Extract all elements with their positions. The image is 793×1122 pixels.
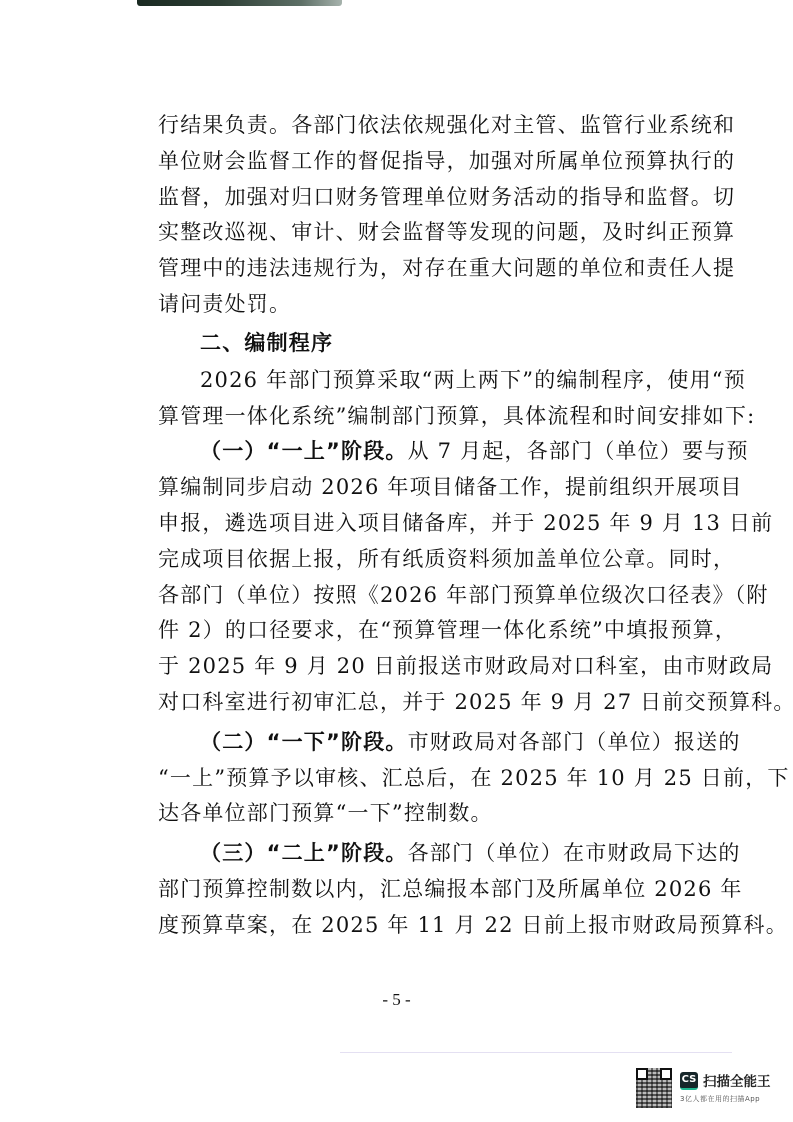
page-number: - 5 - [0, 990, 793, 1010]
watermark-tagline: 3亿人都在用的扫描App [680, 1094, 760, 1104]
scan-edge-rule [340, 1052, 732, 1053]
stage3-first-line-text: 各部门（单位）在市财政局下达的 [408, 841, 741, 865]
stage2-title: （二）“一下”阶段。 [200, 730, 408, 754]
section-heading: 二、编制程序 [158, 323, 658, 363]
text-line: 请问责处罚。 [158, 287, 658, 323]
stage2-line: “一上”预算予以审核、汇总后，在 2025 年 10 月 25 日前，下 [158, 761, 658, 797]
stage3-line: 度预算草案，在 2025 年 11 月 22 日前上报市财政局预算科。 [158, 908, 658, 944]
camscanner-watermark: CS 扫描全能王 3亿人都在用的扫描App [636, 1068, 786, 1112]
stage1-line: 于 2025 年 9 月 20 日前报送市财政局对口科室，由市财政局 [158, 649, 658, 685]
stage1-line: 申报，遴选项目进入项目储备库，并于 2025 年 9 月 13 日前 [158, 506, 658, 542]
stage1-title: （一）“一上”阶段。 [200, 439, 408, 463]
stage3-first-line: （三）“二上”阶段。各部门（单位）在市财政局下达的 [158, 836, 658, 872]
stage1-first-line: （一）“一上”阶段。从 7 月起，各部门（单位）要与预 [158, 434, 658, 470]
intro-line: 算管理一体化系统”编制部门预算，具体流程和时间安排如下: [158, 399, 658, 435]
stage1-line: 算编制同步启动 2026 年项目储备工作，提前组织开展项目 [158, 470, 658, 506]
intro-line: 2026 年部门预算采取“两上两下”的编制程序，使用“预 [158, 363, 658, 399]
text-line: 实整改巡视、审计、财会监督等发现的问题，及时纠正预算 [158, 215, 658, 251]
stage1-line: 各部门（单位）按照《2026 年部门预算单位级次口径表》（附 [158, 578, 658, 614]
stage1-line: 完成项目依据上报，所有纸质资料须加盖单位公章。同时， [158, 542, 658, 578]
stage3-title: （三）“二上”阶段。 [200, 841, 408, 865]
stage2-first-line: （二）“一下”阶段。市财政局对各部门（单位）报送的 [158, 725, 658, 761]
stage2-line: 达各单位部门预算“一下”控制数。 [158, 796, 658, 832]
qr-code-icon [636, 1068, 672, 1108]
watermark-app-name: 扫描全能王 [703, 1070, 771, 1090]
text-line: 行结果负责。各部门依法依规强化对主管、监管行业系统和 [158, 108, 658, 144]
stage1-line: 件 2）的口径要求，在“预算管理一体化系统”中填报预算， [158, 613, 658, 649]
camscanner-logo-icon: CS [680, 1072, 698, 1090]
stage1-line: 对口科室进行初审汇总，并于 2025 年 9 月 27 日前交预算科。 [158, 685, 658, 721]
text-line: 监督，加强对归口财务管理单位财务活动的指导和监督。切 [158, 180, 658, 216]
document-page: 行结果负责。各部门依法依规强化对主管、监管行业系统和 单位财会监督工作的督促指导… [158, 108, 658, 944]
stage2-first-line-text: 市财政局对各部门（单位）报送的 [408, 730, 741, 754]
text-line: 单位财会监督工作的督促指导，加强对所属单位预算执行的 [158, 144, 658, 180]
scan-edge-artifact [137, 0, 342, 6]
stage1-first-line-text: 从 7 月起，各部门（单位）要与预 [408, 439, 749, 463]
stage3-line: 部门预算控制数以内，汇总编报本部门及所属单位 2026 年 [158, 872, 658, 908]
text-line: 管理中的违法违规行为，对存在重大问题的单位和责任人提 [158, 251, 658, 287]
